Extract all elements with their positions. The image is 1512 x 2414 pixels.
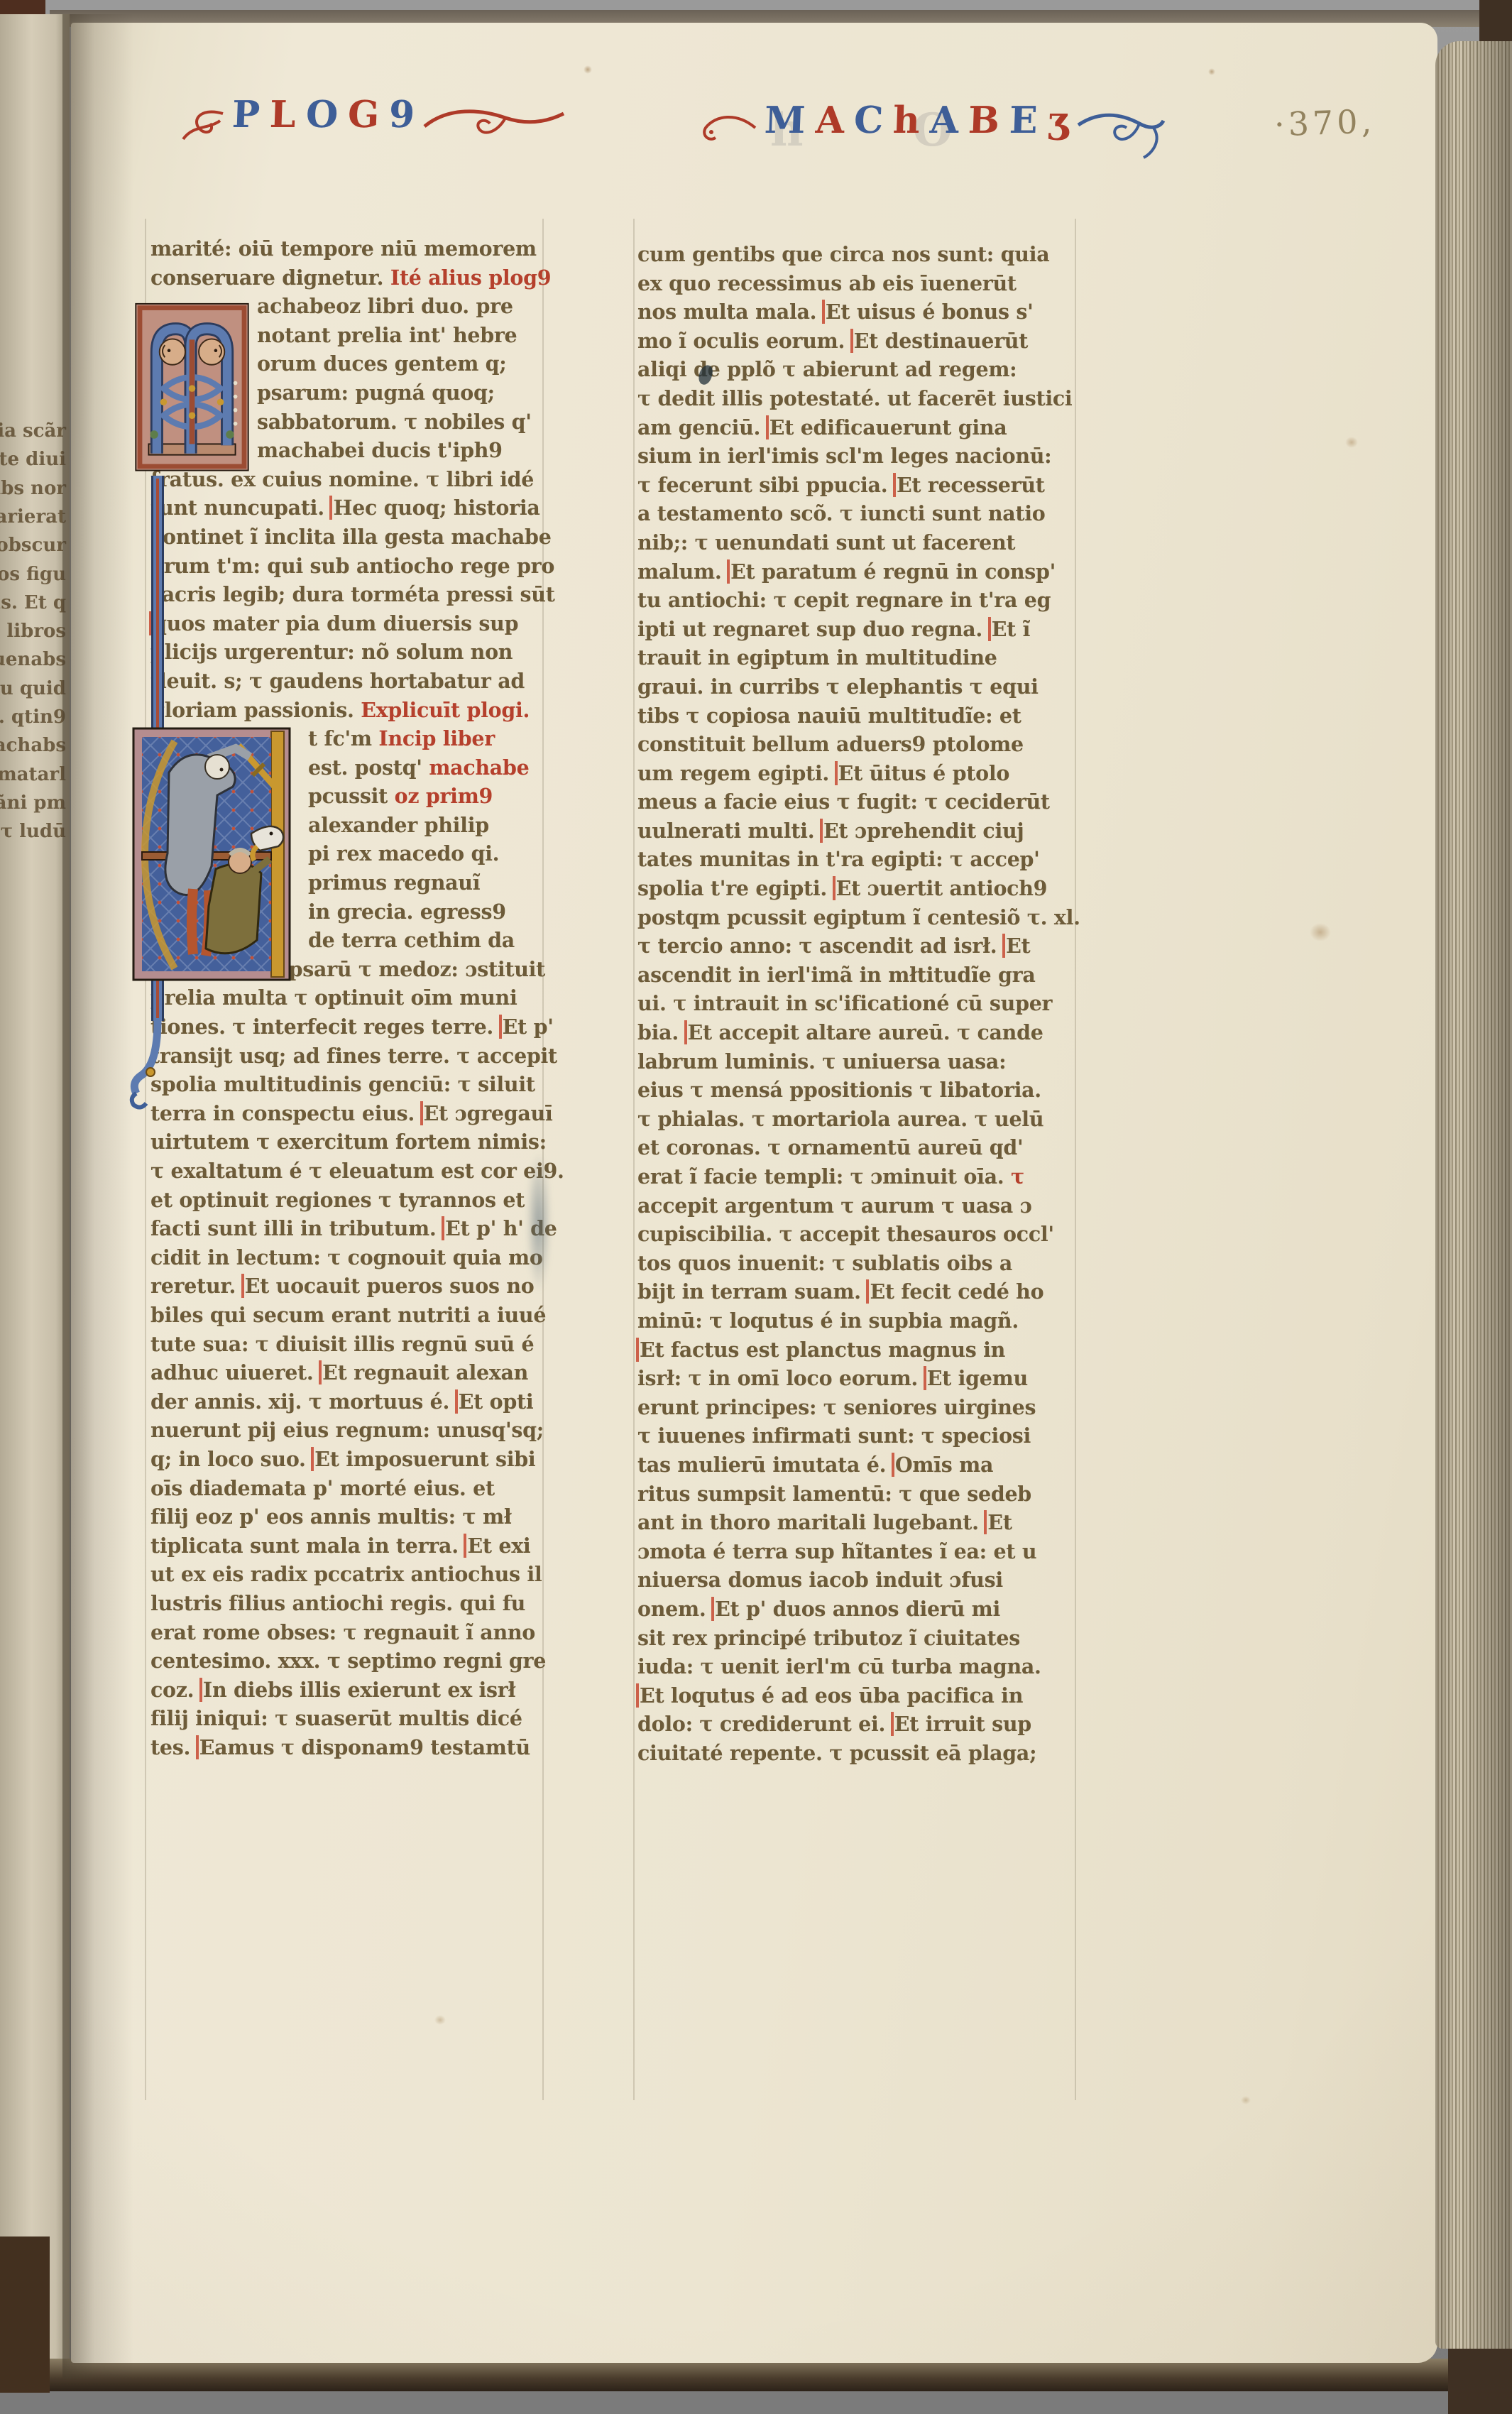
text-line: erat rome obses: τ regnauit ĩ anno	[150, 1618, 548, 1647]
text-line: graui. in curribs τ elephantis τ equi	[637, 672, 1081, 701]
text-line: nib;: τ uenundati sunt ut facerent	[637, 528, 1081, 557]
text-line: oīs diademata p' morté eius. et	[150, 1474, 548, 1503]
text-line: tes. Eamus τ disponam9 testamtū	[150, 1733, 548, 1762]
running-title-left: PLOG9	[177, 94, 569, 151]
facing-page-text-fragment: ; machabs	[0, 735, 66, 756]
facing-page-text-fragment: atios i libros	[0, 621, 66, 642]
text-line: ritus sumpsit lamentū: τ que sedeb	[637, 1480, 1081, 1509]
penwork-flourish-icon	[696, 99, 760, 156]
text-line: tos quos inuenit: τ sublatis oibs a	[637, 1249, 1081, 1278]
text-column-right: cum gentibs que circa nos sunt: quiaex q…	[637, 240, 1081, 1767]
text-line: nuerunt pij eius regnum: unusq'sq;	[150, 1416, 548, 1445]
text-line: eius τ mensá ppositionis τ libatoria.	[637, 1076, 1081, 1105]
text-line: continet ĩ inclita illa gesta machabe	[150, 523, 548, 552]
text-line: transijt usq; ad fines terre. τ accepit	[150, 1042, 548, 1071]
facing-page-text-fragment: itos uenabs	[0, 649, 66, 670]
text-line: iuda: τ uenit ierl'm cū turba magna.	[637, 1652, 1081, 1681]
foxing-spot	[1241, 2096, 1251, 2104]
title-letter: 9	[388, 94, 415, 136]
fore-edge-page-stack	[1435, 41, 1512, 2349]
text-line: τ fecerunt sibi ppucia. Et recesserūt	[637, 471, 1081, 500]
text-line: et optinuit regiones τ tyrannos et	[150, 1186, 548, 1215]
text-line: tates munitas in t'ra egipti: τ accep'	[637, 845, 1081, 874]
facing-page-text-fragment: itius es. qtin9	[0, 706, 66, 728]
title-letter: M	[764, 99, 806, 142]
text-line: am genciū. Et edificauerunt gina	[637, 413, 1081, 442]
text-line: uulnerati multi. Et ɔprehendit ciuj	[637, 816, 1081, 846]
text-line: isrł: τ in omī loco eorum. Et igemu	[637, 1364, 1081, 1393]
penwork-flourish-icon	[177, 94, 227, 151]
text-line: τ iuuenes infirmati sunt: τ speciosi	[637, 1421, 1081, 1451]
book-bottom-edge	[43, 2359, 1512, 2391]
text-line: ciuitaté repente. τ pcussit eā plaga;	[637, 1739, 1081, 1768]
running-title-left-letters: PLOG9	[227, 94, 420, 136]
text-line: sacris legib; dura torméta pressi sūt	[150, 580, 548, 609]
text-line: filij iniqui: τ suaserūt multis dicé	[150, 1704, 548, 1733]
text-line: uirtutem τ exercitum fortem nimis:	[150, 1127, 548, 1157]
text-line: bia. Et accepit altare aureū. τ cande	[637, 1018, 1081, 1047]
text-line: ant in thoro maritali lugebant. Et	[637, 1508, 1081, 1537]
title-letter: h	[892, 99, 921, 142]
text-line: tute sua: τ diuisit illis regnū suū é	[150, 1330, 548, 1359]
text-line: mo ĩ oculis eorum. Et destinauerūt	[637, 327, 1081, 356]
facing-page-text-fragment: icultate diui	[0, 449, 66, 470]
text-line: coz. In diebs illis exierunt ex isrł	[150, 1676, 548, 1705]
text-line: prelia multa τ optinuit oīm muni	[150, 983, 548, 1012]
text-line: ascendit in ierl'imã in młtitudĩe gra	[637, 961, 1081, 990]
title-letter: C	[853, 99, 884, 142]
facing-page-text-fragment: tigia matarl	[0, 764, 66, 785]
title-letter: A	[815, 99, 845, 142]
text-line: postqm pcussit egiptum ĩ centesiõ τ. xl.	[637, 903, 1081, 932]
facing-page-text-fragment: derã: tu quid	[0, 678, 66, 699]
text-line: τ dedit illis potestaté. ut facerēt iust…	[637, 384, 1081, 413]
text-line: filij eoz p' eos annis multis: τ mł	[150, 1502, 548, 1531]
facing-page-text-fragment: amnécia scãr	[0, 420, 66, 442]
title-letter: B	[968, 99, 1000, 142]
text-line: spolia t're egipti. Et ɔuertit antioch9	[637, 874, 1081, 903]
facing-page-text-fragment: in qmbs nor	[0, 478, 66, 499]
text-line: centesimo. xxx. τ septimo regni gre	[150, 1646, 548, 1676]
text-line: accepit argentum τ aurum τ uasa ɔ	[637, 1191, 1081, 1220]
text-line: nos multa mala. Et uisus é bonus s'	[637, 297, 1081, 327]
historiated-initial-E	[132, 727, 291, 984]
title-letter: G	[347, 94, 380, 136]
text-line: minū: τ loqutus é in supbia magñ.	[637, 1306, 1081, 1336]
text-line: ex quo recessimus ab eis īuenerūt	[637, 269, 1081, 298]
text-line: tas mulierū imutata é. Omīs ma	[637, 1451, 1081, 1480]
text-line: ſunt nuncupati. Hec quoq; historia	[150, 493, 548, 523]
text-line: niuersa domus iacob induit ɔfusi	[637, 1566, 1081, 1595]
decorated-initial-M	[133, 302, 251, 482]
ink-smudge-stain	[527, 1153, 551, 1291]
text-line: a testamento scõ. τ iuncti sunt natio	[637, 499, 1081, 528]
text-line: orum t'm: qui sub antiocho rege pro	[150, 552, 548, 581]
text-line: τ phialas. τ mortariola aurea. τ uelū	[637, 1105, 1081, 1134]
text-line: ɔmota é terra sup hĩtantes ĩ ea: et u	[637, 1537, 1081, 1566]
text-line: plicijs urgerentur: nõ solum non	[150, 638, 548, 667]
text-line: quos mater pia dum diuersis sup	[150, 609, 548, 638]
facing-page-text-fragment: nū τ ludū	[0, 821, 66, 842]
text-line: dolo: τ crediderunt ei. Et irruit sup	[637, 1710, 1081, 1739]
foxing-spot	[1208, 68, 1215, 75]
title-letter: O	[305, 94, 339, 136]
text-line: q; in loco suo. Et imposuerunt sibi	[150, 1445, 548, 1474]
facing-page-text-fragment: ca ip uarierat	[0, 506, 66, 528]
text-line: terra in conspectu eius. Et ɔgregauī	[150, 1099, 548, 1128]
facing-page-text-fragment: ciaui obscur	[0, 535, 66, 556]
text-line: facti sunt illi in tributum. Et p' h' de	[150, 1214, 548, 1243]
text-line: tiplicata sunt mala in terra. Et exi	[150, 1531, 548, 1561]
text-line: meus a facie eius τ fugit: τ ceciderūt	[637, 787, 1081, 816]
text-line: tiones. τ interfecit reges terre. Et p'	[150, 1012, 548, 1042]
text-line: trauit in egiptum in multitudine	[637, 643, 1081, 672]
text-line: der annis. xij. τ mortuus é. Et opti	[150, 1387, 548, 1416]
text-line: ut ex eis radix pccatrix antiochus il	[150, 1560, 548, 1589]
text-line: τ exaltatum é τ eleuatum est cor ei9.	[150, 1157, 548, 1186]
text-line: tu antiochi: τ cepit regnare in t'ra eg	[637, 586, 1081, 615]
text-line: fleuit. s; τ gaudens hortabatur ad	[150, 667, 548, 696]
title-letter: A	[929, 99, 959, 142]
text-line: adhuc uiueret. Et regnauit alexan	[150, 1358, 548, 1387]
title-letter: ʒ	[1047, 99, 1070, 142]
text-line: tibs τ copiosa nauiū multitudĩe: et	[637, 701, 1081, 731]
penwork-flourish-icon	[420, 94, 569, 151]
text-line: ui. τ intrauit in sc'ificationé cū super	[637, 989, 1081, 1018]
title-letter: L	[269, 94, 297, 136]
text-line: cidit in lectum: τ cognouit quia mo	[150, 1243, 548, 1272]
text-line: labrum luminis. τ uniuersa uasa:	[637, 1047, 1081, 1076]
foxing-spot	[434, 2015, 446, 2025]
text-line: Et factus est planctus magnus in	[637, 1336, 1081, 1365]
running-title-right-letters: MAChABEʒ	[760, 99, 1074, 142]
text-line: onem. Et p' duos annos dierū mi	[637, 1595, 1081, 1624]
text-line: gloriam passionis. Explicuīt plogi.	[150, 696, 548, 725]
title-letter: E	[1009, 99, 1039, 142]
folio-number: ·370,	[1273, 102, 1376, 144]
facing-page-text-fragment: et tropos figu	[0, 564, 66, 585]
facing-page-text-fragment: lectus. Et q	[0, 592, 66, 613]
text-line: cupiscibilia. τ accepit thesauros occl'	[637, 1220, 1081, 1249]
running-title-right: MAChABEʒ	[696, 99, 1166, 167]
title-letter: P	[231, 94, 261, 136]
facing-page-edge: amnécia scãricultate diuiin qmbs norca i…	[0, 14, 70, 2378]
text-line: ipti ut regnaret sup duo regna. Et ĩ	[637, 615, 1081, 644]
text-line: sium in ierl'imis scl'm leges nacionū:	[637, 442, 1081, 471]
foxing-spot	[584, 65, 592, 74]
facing-page-text-fragment: i quãni pm	[0, 792, 66, 814]
text-line: um regem egipti. Et ūitus é ptolo	[637, 759, 1081, 788]
manuscript-photo: amnécia scãricultate diuiin qmbs norca i…	[0, 0, 1512, 2414]
text-line: marité: oiū tempore niū memorem	[150, 234, 548, 263]
penwork-flourish-icon	[1074, 99, 1166, 167]
ruling-line	[633, 219, 635, 2100]
text-line: conseruare dignetur. Ité alius plog9	[150, 263, 548, 293]
text-line: erat ĩ facie templi: τ ɔminuit oīa. τ	[637, 1162, 1081, 1191]
text-line: et coronas. τ ornamentū aureū qd'	[637, 1133, 1081, 1162]
text-line: reretur. Et uocauit pueros suos no	[150, 1272, 548, 1301]
text-line: spolia multitudinis genciū: τ siluit	[150, 1070, 548, 1099]
text-line: τ tercio anno: τ ascendit ad isrł. Et	[637, 932, 1081, 961]
text-line: constituit bellum aduers9 ptolome	[637, 730, 1081, 759]
text-line: malum. Et paratum é regnū in consp'	[637, 557, 1081, 586]
binding-cover-bottom-left	[0, 2236, 50, 2393]
text-line: Et loqutus é ad eos ūba pacifica in	[637, 1681, 1081, 1710]
text-line: biles qui secum erant nutriti a iuué	[150, 1301, 548, 1330]
text-line: erunt principes: τ seniores uirgines	[637, 1393, 1081, 1422]
text-line: lustris filius antiochi regis. qui fu	[150, 1589, 548, 1618]
text-line: sit rex principé tributoz ĩ ciuitates	[637, 1624, 1081, 1653]
foxing-spot	[1345, 437, 1358, 448]
text-line: bijt in terram suam. Et fecit cedé ho	[637, 1277, 1081, 1306]
text-line: cum gentibs que circa nos sunt: quia	[637, 240, 1081, 269]
foxing-spot	[1310, 923, 1331, 941]
